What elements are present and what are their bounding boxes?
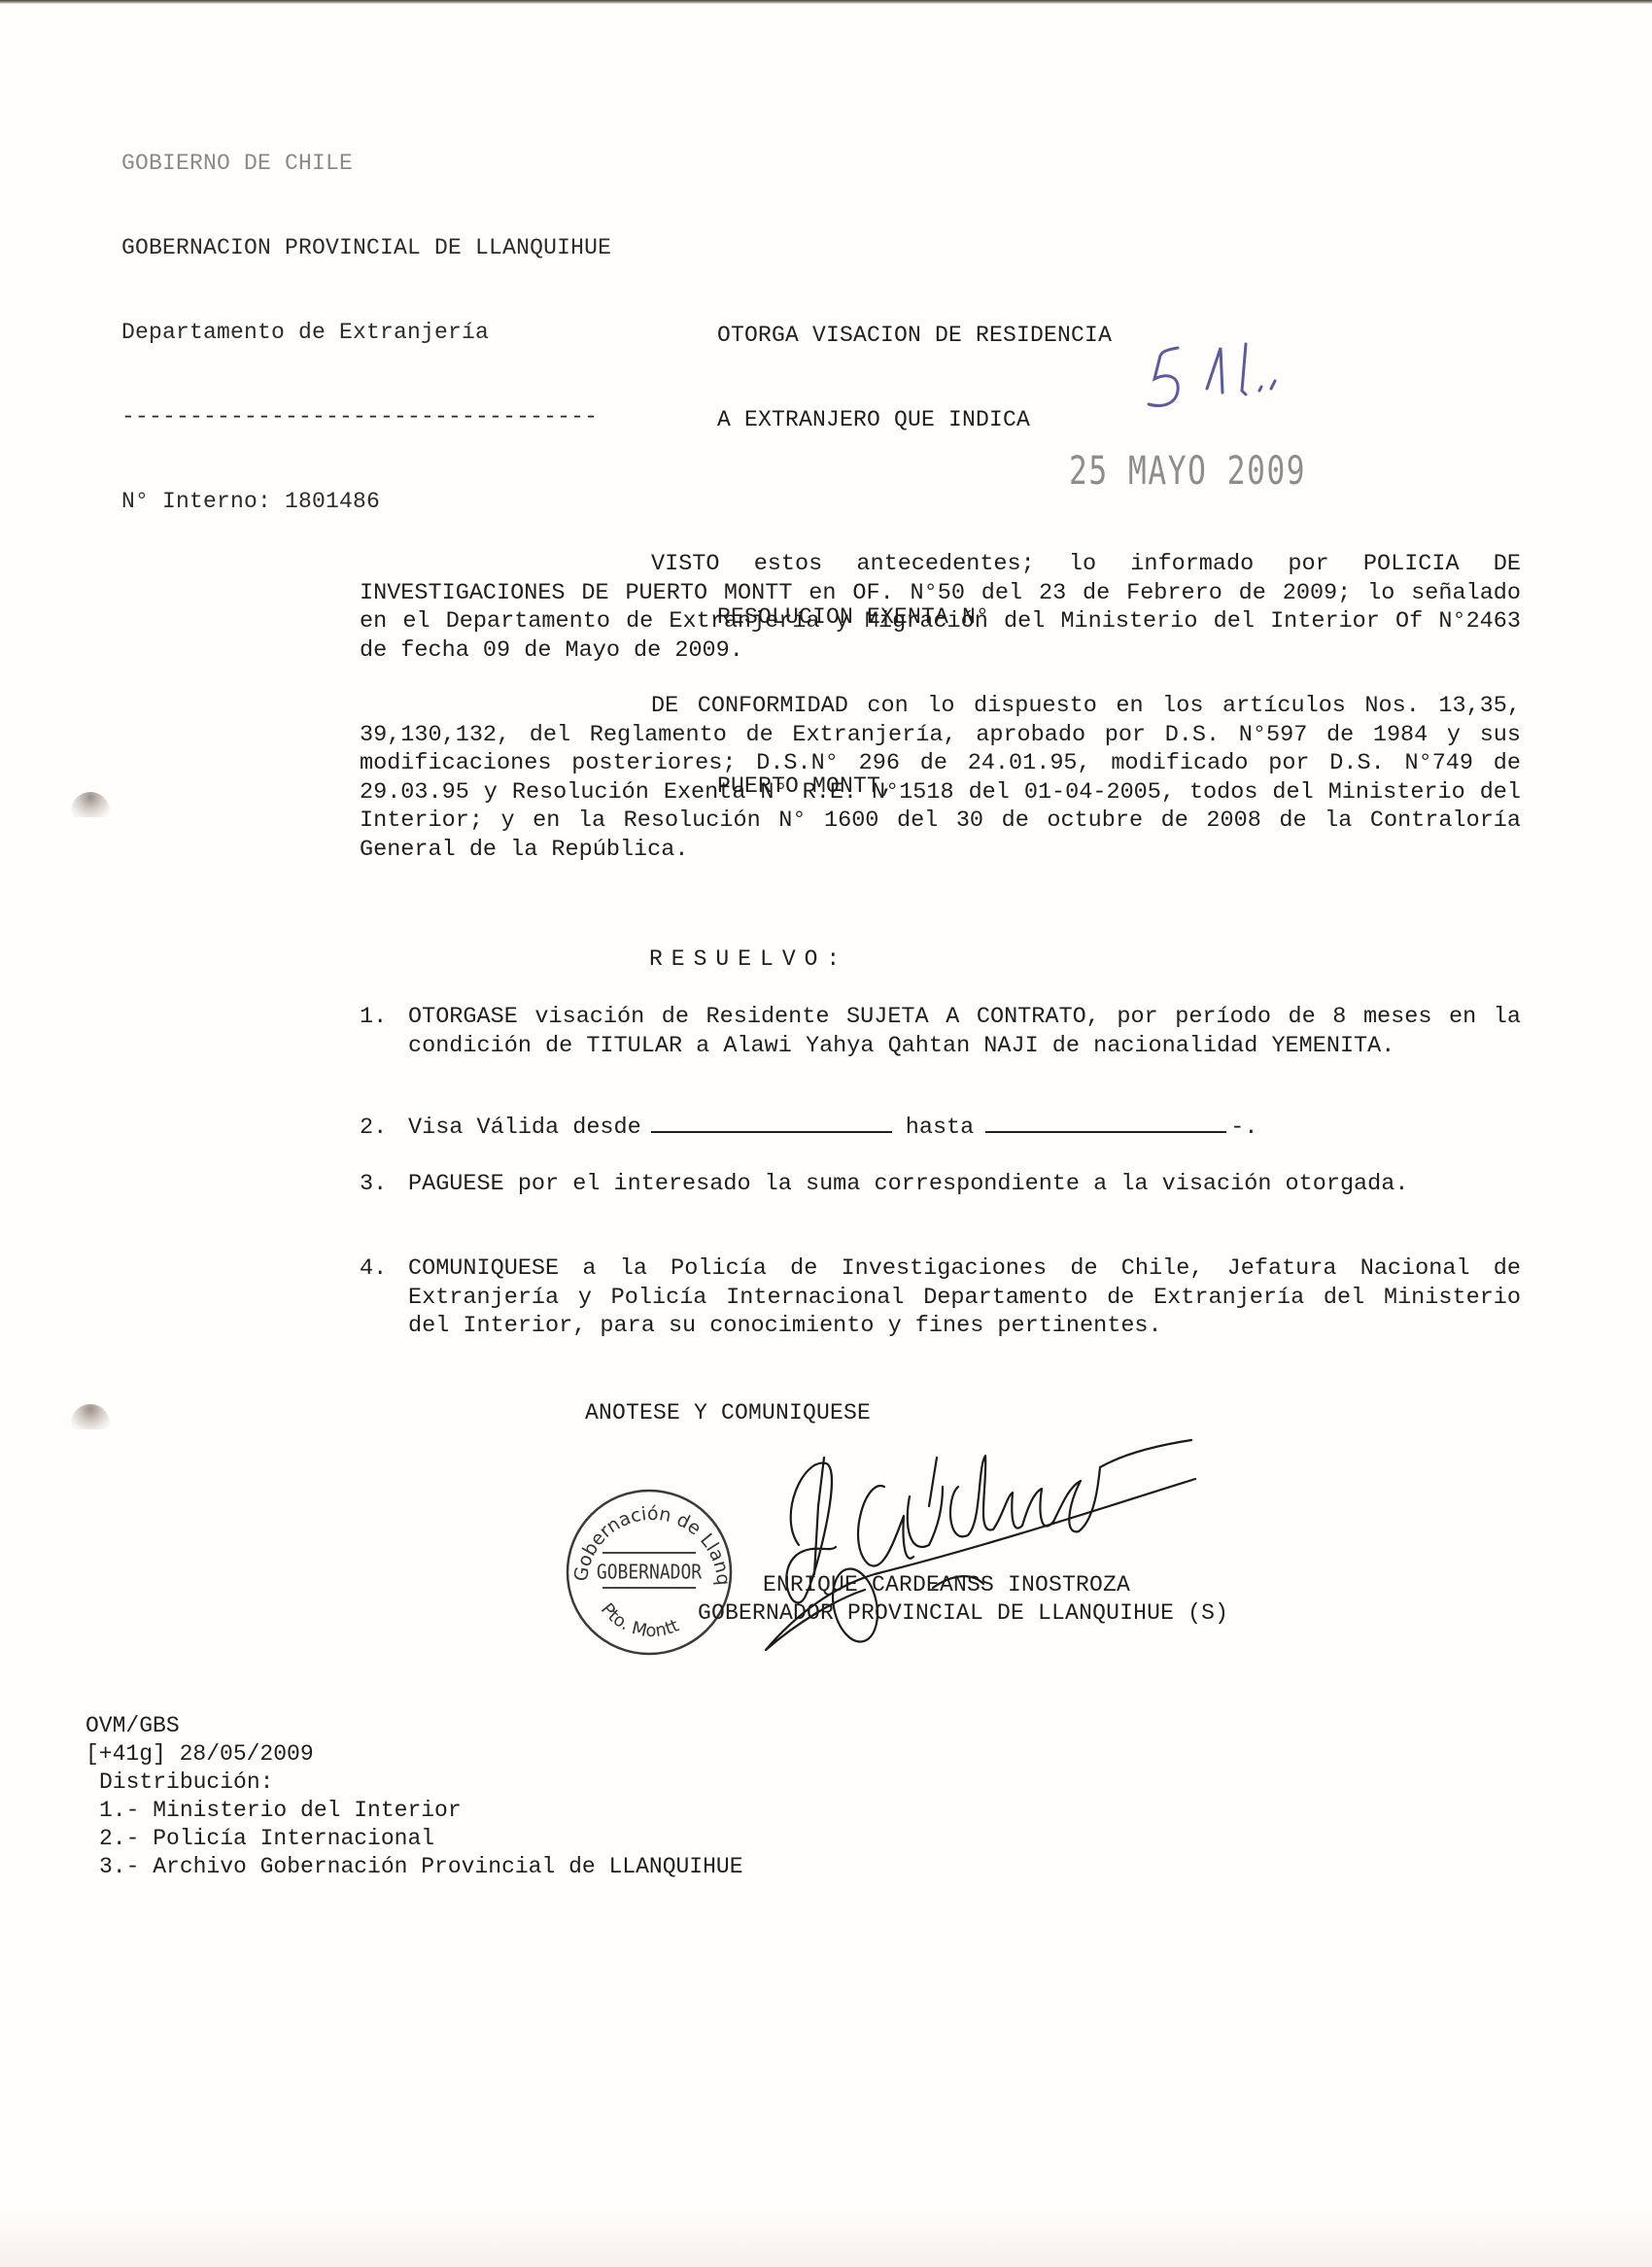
distribution-label: Distribución: <box>86 1769 743 1797</box>
letterhead-separator: ----------------------------------- <box>121 403 611 431</box>
item-text: OTORGASE visación de Residente SUJETA A … <box>408 1003 1521 1060</box>
resuelvo-heading: RESUELVO: <box>649 946 848 972</box>
internal-number: 1801486 <box>285 489 380 514</box>
seal-ring-bottom: Pto. Montt <box>597 1599 682 1641</box>
official-seal: Gobernación de Llanquihue Pto. Montt GOB… <box>562 1485 737 1660</box>
resolution-item-1: 1. OTORGASE visación de Residente SUJETA… <box>360 1003 1521 1060</box>
letterhead-department: Departamento de Extranjería <box>121 319 611 347</box>
item-number: 1. <box>360 1003 408 1060</box>
closing-formula: ANOTESE Y COMUNIQUESE <box>585 1399 871 1427</box>
punch-hole-upper <box>71 792 110 817</box>
svg-text:Pto. Montt: Pto. Montt <box>597 1599 682 1641</box>
handwritten-resolution-number <box>1137 340 1351 428</box>
visa-valid-from-field <box>651 1114 892 1133</box>
document-title-line1: OTORGA VISACION DE RESIDENCIA <box>717 322 1112 350</box>
conformidad-text: con lo dispuesto en los artículos Nos. 1… <box>360 693 1521 863</box>
footer-block: OVM/GBS [+41g] 28/05/2009 Distribución: … <box>86 1712 743 1881</box>
resolution-item-2: 2. Visa Válida desdehasta-. <box>360 1114 1521 1143</box>
letterhead: GOBIERNO DE CHILE GOBERNACION PROVINCIAL… <box>121 93 611 544</box>
visa-valid-from-label: Visa Válida desde <box>408 1115 641 1141</box>
footer-reference: [+41g] 28/05/2009 <box>86 1740 743 1769</box>
item-text: COMUNIQUESE a la Policía de Investigacio… <box>408 1254 1521 1341</box>
item-number: 2. <box>360 1114 408 1143</box>
conformidad-paragraph: DE CONFORMIDAD con lo dispuesto en los a… <box>360 692 1521 864</box>
letterhead-governorship: GOBERNACION PROVINCIAL DE LLANQUIHUE <box>121 234 611 262</box>
signer-title: GOBERNADOR PROVINCIAL DE LLANQUIHUE (S) <box>698 1599 1228 1628</box>
visa-valid-suffix: -. <box>1230 1115 1257 1141</box>
conformidad-lead: DE CONFORMIDAD <box>651 693 848 719</box>
footer-initials: OVM/GBS <box>86 1712 743 1740</box>
distribution-item: 3.- Archivo Gobernación Provincial de LL… <box>86 1853 743 1881</box>
scan-bottom-shade <box>0 2209 1652 2267</box>
visa-valid-to-label: hasta <box>906 1115 975 1141</box>
signer-name: ENRIQUE CARDEANSS INOSTROZA <box>763 1571 1130 1599</box>
item-text: PAGUESE por el interesado la suma corres… <box>408 1170 1521 1199</box>
scan-top-edge <box>0 0 1652 4</box>
letterhead-government: GOBIERNO DE CHILE <box>121 150 611 178</box>
item-text: Visa Válida desdehasta-. <box>408 1114 1521 1143</box>
visto-text: estos antecedentes; lo informado por POL… <box>360 551 1521 664</box>
resolution-item-3: 3. PAGUESE por el interesado la suma cor… <box>360 1170 1521 1199</box>
date-stamp: 25 MAYO 2009 <box>1069 449 1306 494</box>
visa-valid-to-field <box>985 1114 1226 1133</box>
punch-hole-lower <box>71 1404 110 1429</box>
document-title-line2: A EXTRANJERO QUE INDICA <box>717 406 1112 434</box>
seal-center: GOBERNADOR <box>597 1560 703 1584</box>
item-number: 3. <box>360 1170 408 1199</box>
resolution-item-4: 4. COMUNIQUESE a la Policía de Investiga… <box>360 1254 1521 1341</box>
item-number: 4. <box>360 1254 408 1341</box>
distribution-item: 2.- Policía Internacional <box>86 1825 743 1853</box>
visto-lead: VISTO <box>651 551 720 577</box>
internal-number-line: N° Interno: 1801486 <box>121 488 611 516</box>
internal-number-label: N° Interno: <box>121 489 271 514</box>
visto-paragraph: VISTO estos antecedentes; lo informado p… <box>360 550 1521 665</box>
distribution-item: 1.- Ministerio del Interior <box>86 1797 743 1825</box>
